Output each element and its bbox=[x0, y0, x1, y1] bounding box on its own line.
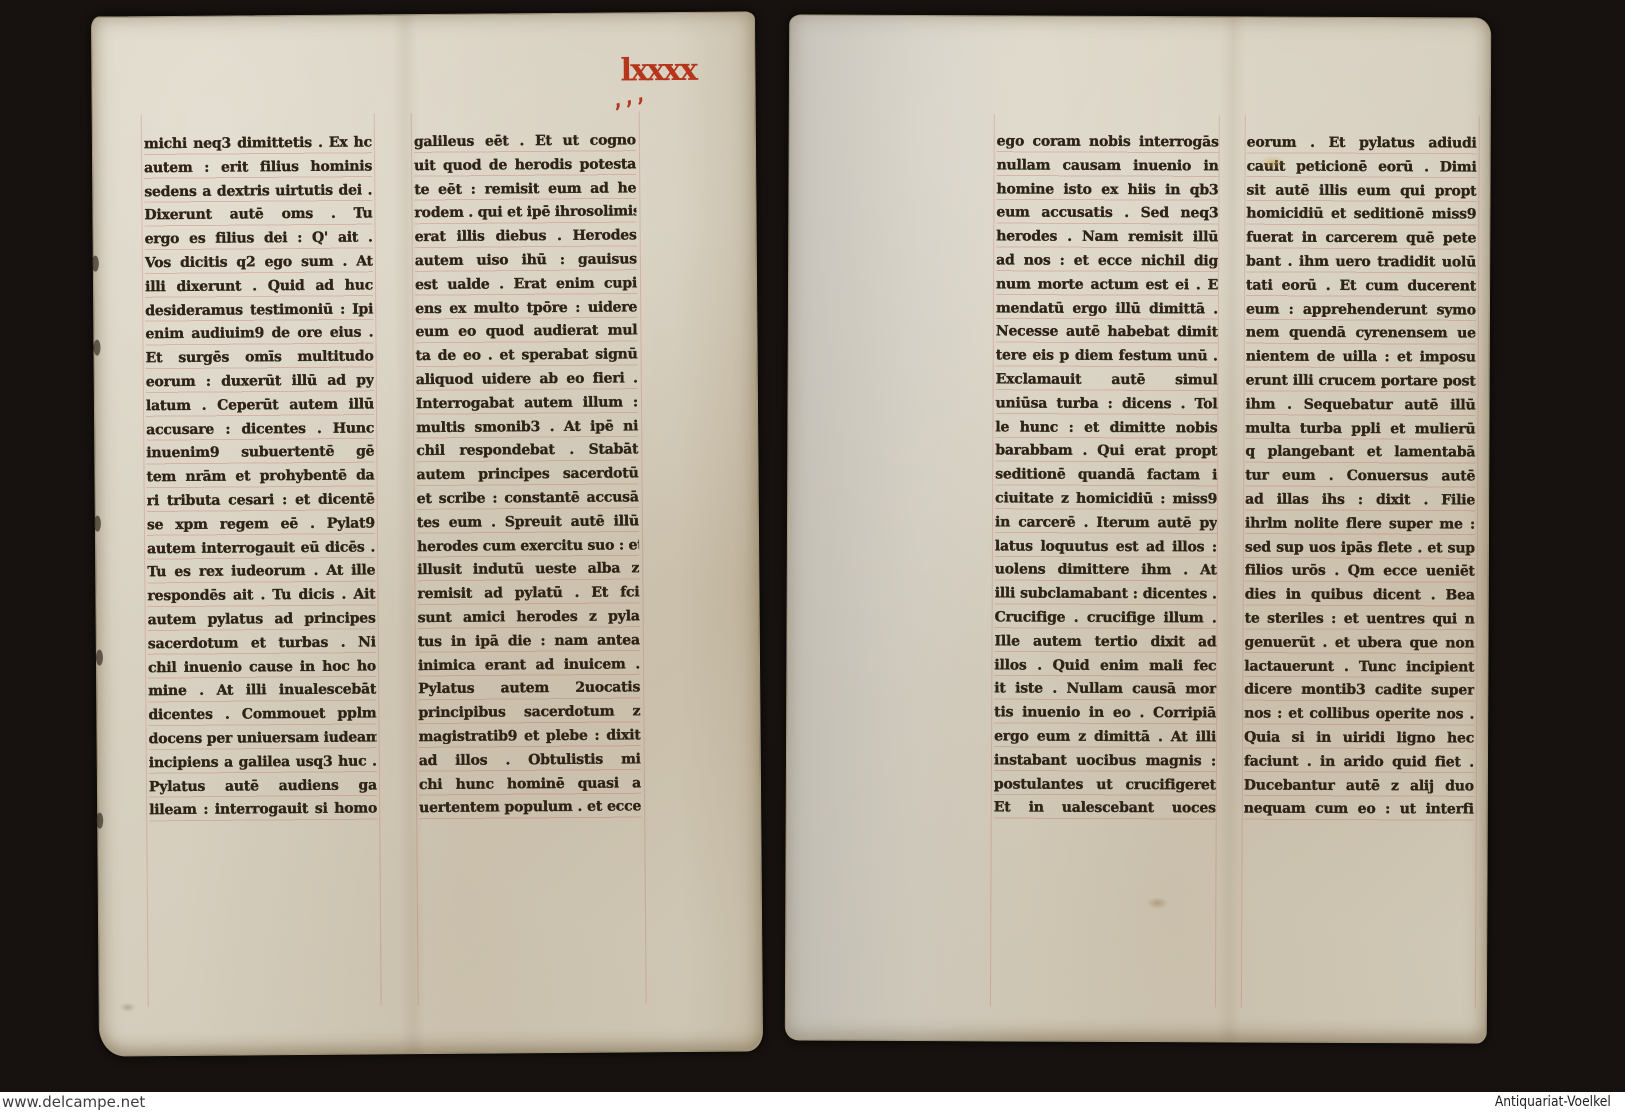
manuscript-text-line: ta de eo . et sperabat signū bbox=[416, 344, 638, 370]
manuscript-text-line: num morte actum est ei . E bbox=[996, 273, 1218, 298]
manuscript-text-line: rodem . qui et ipē ihrosolimis bbox=[414, 201, 636, 227]
manuscript-text-line: illos . Quid enim mali fec bbox=[994, 654, 1216, 679]
manuscript-leaf-left: lxxxx ,,, michi neq3 dimittetis . Ex hca… bbox=[91, 11, 763, 1056]
manuscript-text-line: accusare : dicentes . Hunc bbox=[146, 417, 374, 443]
manuscript-text-line: inimica erant ad inuicem . bbox=[418, 653, 640, 679]
manuscript-text-line: in carcerē . Iterum autē py bbox=[995, 511, 1217, 536]
stain bbox=[1260, 156, 1286, 170]
manuscript-text-line: Exclamauit autē simul bbox=[996, 368, 1218, 393]
manuscript-text-line: Interrogabat autem illum : bbox=[416, 391, 638, 417]
manuscript-text-line: autem uiso ihū : gauisus bbox=[415, 248, 637, 274]
folio-flourish: ,,, bbox=[610, 81, 649, 111]
binding-mark bbox=[92, 256, 99, 272]
manuscript-text-line: tur eum . Conuersus autē bbox=[1245, 465, 1475, 490]
manuscript-text-line: illi dixerunt . Quid ad huc bbox=[145, 274, 373, 300]
stain bbox=[120, 1002, 136, 1012]
manuscript-text-line: tati eorū . Et cum ducerent bbox=[1246, 274, 1476, 299]
manuscript-text-line: lactauerunt . Tunc incipient bbox=[1244, 655, 1474, 680]
manuscript-text-line: erat illis diebus . Herodes bbox=[415, 225, 637, 251]
manuscript-text-line: lileam : interrogauit si homo bbox=[149, 798, 377, 824]
manuscript-text-line: Pylatus autē audiens ga bbox=[149, 774, 377, 800]
manuscript-text-line: ihrlm nolite flere super me : bbox=[1245, 512, 1475, 537]
manuscript-text-line: dicere montib3 cadite super bbox=[1244, 679, 1474, 704]
manuscript-text-line: eum : apprehenderunt symo bbox=[1246, 298, 1476, 323]
manuscript-text-line: se xpm regem eē . Pylat9 bbox=[147, 512, 375, 538]
stain bbox=[1146, 897, 1168, 909]
manuscript-text-line: Pylatus autem 2uocatis bbox=[418, 677, 640, 703]
manuscript-text-line: sunt amici herodes z pyla bbox=[418, 605, 640, 631]
manuscript-text-line: docens per uniuersam iudeam : bbox=[149, 726, 377, 752]
text-column-2: eorum . Et pylatus adiudicauit peticionē… bbox=[1244, 131, 1477, 824]
manuscript-text-line: eorum : duxerūt illū ad py bbox=[146, 369, 374, 395]
manuscript-text-line: mine . At illi inualescebāt bbox=[148, 679, 376, 705]
manuscript-text-line: uertentem populum . et ecce bbox=[419, 796, 641, 822]
manuscript-text-line: ad illos . Obtulistis mi bbox=[419, 748, 641, 774]
folio-number: lxxxx ,,, bbox=[620, 55, 696, 87]
manuscript-text-line: Ille autem tertio dixit ad bbox=[994, 630, 1216, 655]
manuscript-text-line: instabant uocibus magnis : bbox=[994, 749, 1216, 774]
manuscript-text-line: te eēt : remisit eum ad he bbox=[414, 177, 636, 203]
manuscript-text-line: nequam cum eo : ut interfi bbox=[1244, 798, 1474, 823]
manuscript-text-line: illi subclamabant : dicentes . bbox=[995, 583, 1217, 608]
manuscript-text-line: remisit ad pylatū . Et fci bbox=[417, 581, 639, 607]
manuscript-text-line: ego coram nobis interrogās bbox=[997, 130, 1219, 155]
manuscript-text-line: Ducebantur autē z alij duo bbox=[1244, 774, 1474, 799]
manuscript-text-line: te steriles : et uentres qui n bbox=[1245, 607, 1475, 632]
manuscript-text-line: Et in ualescebant uoces bbox=[994, 797, 1216, 822]
binding-mark bbox=[93, 340, 100, 356]
manuscript-text-line: uolens dimittere ihm . At bbox=[995, 559, 1217, 584]
manuscript-text-line: erunt illi crucem portare post bbox=[1246, 369, 1476, 394]
manuscript-text-line: ciuitate z homicidiū : miss9 bbox=[995, 487, 1217, 512]
manuscript-text-line: it iste . Nullam causā mor bbox=[994, 678, 1216, 703]
manuscript-text-line: sed sup uos ipās flete . et sup bbox=[1245, 536, 1475, 561]
manuscript-text-line: tus in ipā die : nam antea bbox=[418, 629, 640, 655]
text-column-1: michi neq3 dimittetis . Ex hcautem : eri… bbox=[144, 131, 377, 825]
manuscript-text-line: uniūsa turba : dicens . Tol bbox=[995, 392, 1217, 417]
manuscript-text-line: tem nrām et prohybentē da bbox=[146, 465, 374, 491]
manuscript-text-line: respondēs ait . Tu dicis . Ait bbox=[147, 584, 375, 610]
manuscript-text-line: q plangebant et lamentabā bbox=[1245, 441, 1475, 466]
manuscript-text-line: chi hunc hominē quasi a bbox=[419, 772, 641, 798]
manuscript-text-line: multis smonib3 . At ipē ni bbox=[416, 415, 638, 441]
manuscript-text-line: Necesse autē habebat dimit bbox=[996, 321, 1218, 346]
manuscript-text-line: ri tributa cesari : et dicentē bbox=[147, 488, 375, 514]
manuscript-text-line: herodes . Nam remisit illū bbox=[996, 226, 1218, 251]
manuscript-text-line: eum eo quod audierat mul bbox=[415, 320, 637, 346]
manuscript-text-line: latus loquutus est ad illos : bbox=[995, 535, 1217, 560]
manuscript-text-line: ergo eum z dimittā . At illi bbox=[994, 725, 1216, 750]
manuscript-text-line: Vos dicitis q2 ego sum . At bbox=[145, 250, 373, 276]
manuscript-text-line: chil inuenio cause in hoc ho bbox=[148, 655, 376, 681]
watermark-delcampe: www.delcampe.net bbox=[2, 1092, 145, 1112]
manuscript-text-line: nos : et collibus operite nos . bbox=[1244, 703, 1474, 728]
manuscript-text-line: mendatū ergo illū dimittā . bbox=[996, 297, 1218, 322]
credit-bar: www.delcampe.net Antiquariat-Voelkel bbox=[0, 1092, 1625, 1112]
manuscript-text-line: ens ex multo tpōre : uidere bbox=[415, 296, 637, 322]
manuscript-text-line: aliquod uidere ab eo fieri . bbox=[416, 367, 638, 393]
watermark-antiquariat-voelkel: Antiquariat-Voelkel bbox=[1495, 1092, 1611, 1112]
manuscript-text-line: nientem de uilla : et imposu bbox=[1246, 346, 1476, 371]
manuscript-text-line: autem : erit filius hominis bbox=[144, 155, 372, 181]
manuscript-text-line: autem pylatus ad principes bbox=[148, 607, 376, 633]
binding-mark bbox=[96, 813, 103, 829]
manuscript-text-line: ad illas ihs : dixit . Filie bbox=[1245, 488, 1475, 513]
manuscript-text-line: homicidiū et seditionē miss9 bbox=[1246, 203, 1476, 228]
manuscript-text-line: genuerūt . et ubera que non bbox=[1244, 631, 1474, 656]
manuscript-text-line: Et surgēs omīs multitudo bbox=[146, 346, 374, 372]
manuscript-text-line: et scribe : constantē accusā bbox=[417, 486, 639, 512]
manuscript-text-line: est ualde . Erat enim cupi bbox=[415, 272, 637, 298]
manuscript-text-line: Crucifige . crucifige illum . bbox=[995, 606, 1217, 631]
ruling-line-vertical bbox=[639, 111, 647, 1003]
manuscript-text-line: nem quendā cyrenensem ue bbox=[1246, 322, 1476, 347]
manuscript-text-line: illusit indutū ueste alba z bbox=[417, 558, 639, 584]
manuscript-text-line: autem principes sacerdotū bbox=[416, 462, 638, 488]
manuscript-text-line: dicentes . Commouet pplm bbox=[148, 703, 376, 729]
parchment-shading bbox=[664, 12, 762, 1051]
manuscript-text-line: ergo es filius dei : Q' ait . bbox=[145, 227, 373, 253]
manuscript-text-line: tis inuenio in eo . Corripiā bbox=[994, 701, 1216, 726]
manuscript-text-line: faciunt . in arido quid fiet . bbox=[1244, 750, 1474, 775]
manuscript-text-line: uit quod de herodis potesta bbox=[414, 153, 636, 179]
manuscript-text-line: seditionē quandā factam i bbox=[995, 464, 1217, 489]
manuscript-text-line: principibus sacerdotum z bbox=[418, 700, 640, 726]
manuscript-text-line: postulantes ut crucifigeret bbox=[994, 773, 1216, 798]
manuscript-text-line: eum accusatis . Sed neq3 bbox=[996, 202, 1218, 227]
manuscript-text-line: ihm . Sequebatur autē illū bbox=[1245, 393, 1475, 418]
manuscript-text-line: Tu es rex iudeorum . At ille bbox=[147, 560, 375, 586]
binding-mark bbox=[96, 650, 103, 666]
manuscript-text-line: Quia si in uiridi ligno hec bbox=[1244, 726, 1474, 751]
manuscript-text-line: autem interrogauit eū dicēs . bbox=[147, 536, 375, 562]
binding-mark bbox=[94, 516, 101, 532]
manuscript-text-line: dies in quibus dicent . Bea bbox=[1245, 584, 1475, 609]
manuscript-text-line: chil respondebat . Stabāt bbox=[416, 439, 638, 465]
manuscript-text-line: ad nos : et ecce nichil dig bbox=[996, 249, 1218, 274]
manuscript-text-line: enim audiuim9 de ore eius . bbox=[145, 322, 373, 348]
manuscript-text-line: eorum . Et pylatus adiudi bbox=[1247, 131, 1477, 156]
manuscript-text-line: bant . ihm uero tradidit uolū bbox=[1246, 250, 1476, 275]
manuscript-text-line: homine isto ex hiis in qb3 bbox=[996, 178, 1218, 203]
manuscript-text-line: inuenim9 subuertentē gē bbox=[146, 441, 374, 467]
manuscript-text-line: sacerdotum et turbas . Ni bbox=[148, 631, 376, 657]
manuscript-text-line: sedens a dextris uirtutis dei . bbox=[144, 179, 372, 205]
manuscript-text-line: fuerat in carcerem quē pete bbox=[1246, 227, 1476, 252]
manuscript-leaf-right: ego coram nobis interrogāsnullam causam … bbox=[785, 14, 1491, 1043]
manuscript-text-line: multa turba ppli et mulierū bbox=[1245, 417, 1475, 442]
manuscript-text-line: tere eis p diem festum unū . bbox=[996, 345, 1218, 370]
manuscript-text-line: sit autē illis eum qui propt bbox=[1246, 179, 1476, 204]
photo-stage: lxxxx ,,, michi neq3 dimittetis . Ex hca… bbox=[0, 0, 1625, 1112]
manuscript-text-line: barabbam . Qui erat propt bbox=[995, 440, 1217, 465]
manuscript-text-line: tes eum . Spreuit autē illū bbox=[417, 510, 639, 536]
manuscript-text-line: le hunc : et dimitte nobis bbox=[995, 416, 1217, 441]
manuscript-text-line: nullam causam inuenio in bbox=[997, 154, 1219, 179]
manuscript-text-line: filios urōs . Qm ecce ueniēt bbox=[1245, 560, 1475, 585]
text-column-2: galileus eēt . Et ut cognouit quod de he… bbox=[414, 129, 641, 823]
manuscript-text-line: galileus eēt . Et ut cogno bbox=[414, 129, 636, 155]
manuscript-text-line: magistratib9 et plebe : dixit bbox=[419, 724, 641, 750]
manuscript-text-line: herodes cum exercitu suo : et bbox=[417, 534, 639, 560]
text-column-1: ego coram nobis interrogāsnullam causam … bbox=[994, 130, 1219, 823]
manuscript-text-line: desideramus testimoniū : Ipi bbox=[145, 298, 373, 324]
manuscript-text-line: latum . Ceperūt autem illū bbox=[146, 393, 374, 419]
manuscript-text-line: incipiens a galilea usq3 huc . bbox=[149, 750, 377, 776]
manuscript-text-line: Dixerunt autē oms . Tu bbox=[144, 203, 372, 229]
manuscript-text-line: michi neq3 dimittetis . Ex hc bbox=[144, 131, 372, 157]
